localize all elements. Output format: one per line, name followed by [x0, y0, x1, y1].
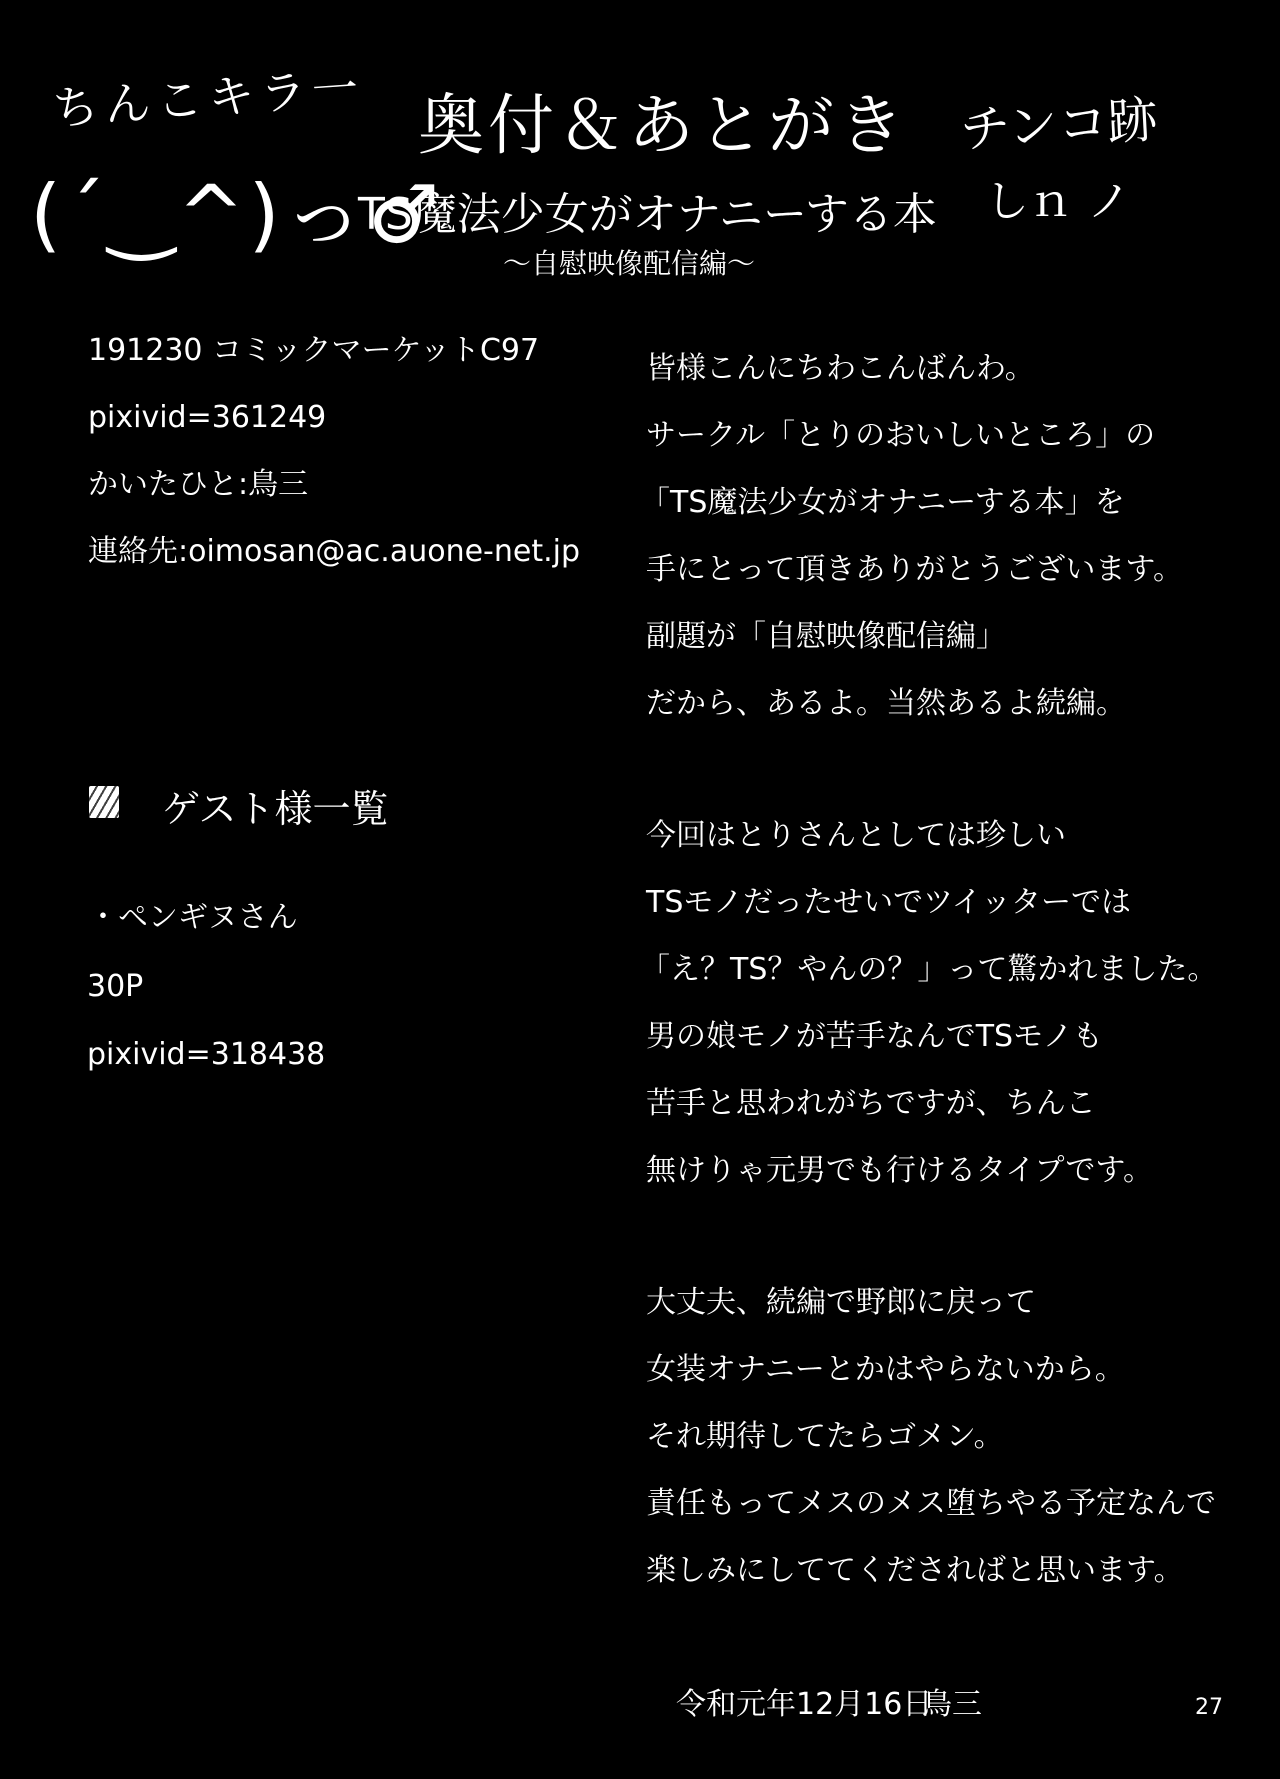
- guest-name: ・ペンギヌさん: [88, 903, 298, 933]
- afterword-line: 女装オナニーとかはやらないから。: [646, 1355, 1125, 1385]
- guest-pages: 30P: [87, 972, 143, 1002]
- guest-list-heading: ゲスト様一覧: [162, 778, 388, 833]
- afterword-line: 副題が「自慰映像配信編」: [646, 622, 1006, 652]
- doodle-text-right: チンコ跡: [958, 80, 1159, 162]
- page-number: 27: [1195, 1695, 1223, 1720]
- guest-pixiv: pixivid=318438: [87, 1040, 325, 1070]
- afterword-line: 「え？TS？やんの？」って驚かれました。: [640, 955, 1217, 985]
- book-subtitle: ～自慰映像配信編～: [503, 242, 755, 282]
- afterword-line: 皆様こんにちわこんばんわ。: [646, 354, 1035, 384]
- footer-signature: 鳥三: [922, 1690, 982, 1720]
- footer-date: 令和元年12月16日: [676, 1690, 932, 1720]
- afterword-line: 大丈夫、続編で野郎に戻って: [646, 1288, 1036, 1318]
- afterword-line: 「TS魔法少女がオナニーする本」を: [640, 488, 1125, 518]
- page-title: 奥付＆あとがき: [418, 72, 908, 167]
- colophon-author: かいたひと:鳥三: [88, 470, 308, 500]
- doodle-drawing-right: しｎ ノ: [985, 165, 1131, 229]
- afterword-line: 苦手と思われがちですが、ちんこ: [646, 1089, 1096, 1119]
- book-title: TS魔法少女がオナニーする本: [358, 178, 937, 242]
- doodle-text-left: ちんこキラ一: [50, 51, 366, 139]
- afterword-line: TSモノだったせいでツイッターでは: [646, 888, 1131, 918]
- afterword-line: 無けりゃ元男でも行けるタイプです。: [646, 1156, 1153, 1186]
- colophon-contact: 連絡先:oimosan@ac.auone-net.jp: [88, 537, 580, 567]
- afterword-line: 男の娘モノが苦手なんでTSモノも: [646, 1022, 1103, 1052]
- afterword-line: 楽しみにしててくだされば​と思います。: [646, 1556, 1184, 1586]
- afterword-line: 手にとって頂きありがとうございます。: [646, 555, 1183, 585]
- afterword-line: 責任もってメスのメス堕ちやる予定なんで: [646, 1489, 1216, 1519]
- afterword-line: 今回はとりさんとしては珍しい: [646, 821, 1066, 851]
- colophon-pixiv: pixivid=361249: [88, 403, 326, 433]
- hatched-square-icon: [89, 786, 119, 818]
- afterword-line: だから、あるよ。当然あるよ続編。: [646, 689, 1126, 719]
- afterword-line: サークル「とりのおいしいところ」の: [646, 421, 1155, 451]
- afterword-line: それ期待してたらゴメン。: [646, 1422, 1004, 1452]
- colophon-event: 191230 コミックマーケットC97: [88, 336, 539, 366]
